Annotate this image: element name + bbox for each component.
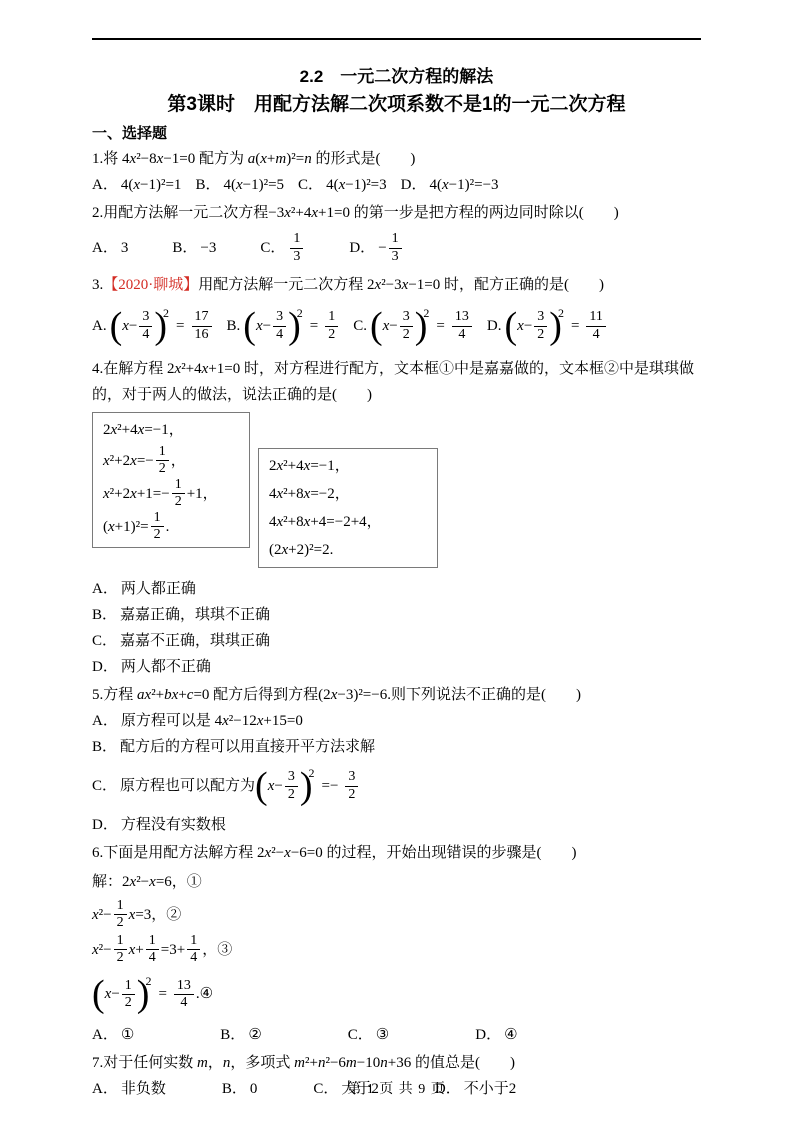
fraction-numerator: 1 — [290, 231, 303, 248]
option-label: B． — [172, 235, 197, 261]
option-label: C． — [92, 773, 117, 799]
fraction-denominator: 4 — [586, 327, 605, 343]
fraction-numerator: 1 — [114, 898, 127, 915]
fraction-denominator: 4 — [187, 950, 200, 966]
fraction: 114 — [586, 309, 605, 342]
option-text: 4(x−1)²=1 — [121, 172, 182, 198]
fraction: 134 — [174, 978, 194, 1011]
option-text: −3 — [200, 235, 216, 261]
fraction-numerator: 13 — [452, 309, 472, 326]
q4-option-a: A．两人都正确 — [92, 576, 701, 602]
fraction: 12 — [151, 510, 164, 543]
textbox-2-qiqi: 2x²+4x=−1， 4x²+8x=−2， 4x²+8x+4=−2+4， (2x… — [258, 448, 438, 568]
option-text: ② — [248, 1022, 261, 1048]
option-label: C. — [353, 313, 367, 339]
option-label: C． — [260, 235, 285, 261]
fraction: 12 — [122, 978, 135, 1011]
q1-options: A．4(x−1)²=1 B．4(x−1)²=5 C．4(x−1)²=3 D．4(… — [92, 172, 701, 198]
q3-option-d: D. (x−32)2 = 114 — [487, 306, 608, 346]
option-text: 原方程可以是 4x²−12x+15=0 — [121, 708, 303, 734]
fraction-numerator: 3 — [400, 309, 413, 326]
box1-line: (x+1)²=12. — [103, 510, 239, 543]
fraction-denominator: 4 — [452, 327, 472, 343]
option-text: 4(x−1)²=3 — [326, 172, 387, 198]
option-label: C． — [298, 172, 323, 198]
formula-text: +1， — [187, 480, 218, 508]
box2-line: (2x+2)²=2. — [269, 536, 427, 564]
minus-sign: − — [378, 235, 386, 261]
fraction-numerator: 3 — [273, 309, 286, 326]
left-paren: ( — [110, 306, 123, 346]
q5-option-b: B．配方后的方程可以用直接开平方法求解 — [92, 734, 701, 760]
option-label: D. — [487, 313, 502, 339]
binomial-text: x− — [122, 313, 137, 339]
fraction: 14 — [146, 933, 159, 966]
fraction: 12 — [156, 444, 169, 477]
fraction: 32 — [400, 309, 413, 342]
fraction: 1716 — [192, 309, 212, 342]
page-content: 2.2 一元二次方程的解法 第3课时 用配方法解二次项系数不是1的一元二次方程 … — [0, 0, 793, 1102]
exponent: 2 — [558, 306, 564, 320]
fraction-denominator: 2 — [151, 527, 164, 543]
fraction: 12 — [172, 477, 185, 510]
q4-work-boxes: 2x²+4x=−1， x²+2x=−12， x²+2x+1=−12+1， (x+… — [92, 412, 701, 568]
q6-options: A．① B．② C．③ D．④ — [92, 1022, 701, 1048]
q6-option-a: A．① — [92, 1022, 134, 1048]
exponent: 2 — [145, 974, 151, 988]
option-label: A． — [92, 172, 118, 198]
option-label: D． — [92, 654, 118, 680]
box2-line: 2x²+4x=−1， — [269, 452, 427, 480]
fraction-denominator: 2 — [122, 995, 135, 1011]
fraction-denominator: 3 — [290, 249, 303, 265]
q3-options: A. (x−34)2 = 1716 B. (x−34)2 = 12 C. (x−… — [92, 298, 701, 354]
box1-line: x²+2x+1=−12+1， — [103, 477, 239, 510]
option-label: B． — [92, 734, 117, 760]
fraction-denominator: 2 — [114, 915, 127, 931]
q7-stem: 7.对于任何实数 m，n，多项式 m²+n²−6m−10n+36 的值总是( ) — [92, 1050, 701, 1076]
exponent: 2 — [163, 306, 169, 320]
option-label: D． — [475, 1022, 501, 1048]
fraction: 14 — [187, 933, 200, 966]
squared-binomial: (x−32)2 — [370, 306, 431, 346]
left-paren: ( — [504, 306, 517, 346]
q6-option-d: D．④ — [475, 1022, 517, 1048]
left-paren: ( — [255, 766, 268, 806]
equals-sign: = — [436, 313, 444, 339]
squared-binomial: (x−32)2 — [504, 306, 565, 346]
option-label: A． — [92, 576, 118, 602]
left-paren: ( — [370, 306, 383, 346]
fraction: 12 — [114, 898, 127, 931]
option-label: B． — [195, 172, 220, 198]
lesson-title: 第3课时 用配方法解二次项系数不是1的一元二次方程 — [92, 92, 701, 117]
fraction-numerator: 1 — [325, 309, 338, 326]
fraction: 32 — [285, 769, 298, 802]
q6-option-b: B．② — [220, 1022, 261, 1048]
option-text: ④ — [504, 1022, 517, 1048]
q4-stem: 4.在解方程 2x²+4x+1=0 时，对方程进行配方，文本框①中是嘉嘉做的，文… — [92, 356, 701, 408]
fraction-numerator: 1 — [146, 933, 159, 950]
fraction: 13 — [389, 231, 402, 264]
fraction-numerator: 1 — [172, 477, 185, 494]
fraction-numerator: 1 — [114, 933, 127, 950]
formula-text: (x+1)²= — [103, 513, 149, 541]
q6-stem: 6.下面是用配方法解方程 2x²−x−6=0 的过程，开始出现错误的步骤是( ) — [92, 840, 701, 866]
fraction-denominator: 2 — [156, 461, 169, 477]
option-text: 3 — [121, 235, 129, 261]
equals-minus-sign: =− — [321, 773, 338, 799]
squared-binomial: (x−32)2 — [255, 766, 316, 806]
q1-option-d: D．4(x−1)²=−3 — [401, 172, 499, 198]
formula-text: x²+2x+1=− — [103, 480, 170, 508]
fraction-denominator: 2 — [534, 327, 547, 343]
fraction-denominator: 2 — [345, 787, 358, 803]
fraction: 34 — [139, 309, 152, 342]
fraction-denominator: 2 — [325, 327, 338, 343]
option-text: 嘉嘉正确，琪琪不正确 — [120, 602, 270, 628]
section-heading: 一、选择题 — [92, 124, 701, 144]
option-label: A． — [92, 235, 118, 261]
q3-stem-text: 用配方法解一元二次方程 2x²−3x−1=0 时，配方正确的是( ) — [198, 277, 604, 293]
fraction-numerator: 3 — [139, 309, 152, 326]
box1-line: x²+2x=−12， — [103, 444, 239, 477]
fraction-numerator: 1 — [389, 231, 402, 248]
fraction-numerator: 3 — [345, 769, 358, 786]
fraction: 34 — [273, 309, 286, 342]
binomial-text: x− — [256, 313, 271, 339]
option-label: A. — [92, 313, 107, 339]
binomial-text: x− — [383, 313, 398, 339]
squared-binomial: (x−34)2 — [110, 306, 171, 346]
formula-text: . — [166, 513, 170, 541]
q2-option-b: B．−3 — [172, 235, 216, 261]
formula-text: x+ — [129, 936, 144, 964]
exponent: 2 — [297, 306, 303, 320]
q5-stem: 5.方程 ax²+bx+c=0 配方后得到方程(2x−3)²=−6.则下列说法不… — [92, 682, 701, 708]
q6-step-4: (x−12)2 = 134 .④ — [92, 968, 701, 1020]
q6-step-2: x²−12x=3，② — [92, 898, 701, 931]
formula-text: ，③ — [202, 936, 232, 964]
fraction-numerator: 1 — [187, 933, 200, 950]
fraction: 13 — [290, 231, 303, 264]
equals-sign: = — [571, 313, 579, 339]
fraction-numerator: 3 — [285, 769, 298, 786]
left-paren: ( — [92, 974, 105, 1014]
box2-line: 4x²+8x+4=−2+4， — [269, 508, 427, 536]
fraction-numerator: 11 — [586, 309, 605, 326]
option-label: D． — [349, 235, 375, 261]
q3-option-b: B. (x−34)2 = 12 — [227, 306, 341, 346]
option-label: D． — [401, 172, 427, 198]
binomial-text: x− — [105, 980, 120, 1008]
squared-binomial: (x−34)2 — [243, 306, 304, 346]
formula-text: .④ — [196, 980, 213, 1008]
q3-option-c: C. (x−32)2 = 134 — [353, 306, 474, 346]
equals-sign: = — [158, 980, 166, 1008]
q4-option-d: D．两人都不正确 — [92, 654, 701, 680]
q1-option-a: A．4(x−1)²=1 — [92, 172, 181, 198]
fraction: 134 — [452, 309, 472, 342]
fraction-numerator: 1 — [156, 444, 169, 461]
q2-stem: 2.用配方法解一元二次方程−3x²+4x+1=0 的第一步是把方程的两边同时除以… — [92, 200, 701, 226]
fraction-numerator: 1 — [151, 510, 164, 527]
equals-sign: = — [310, 313, 318, 339]
box1-line: 2x²+4x=−1， — [103, 416, 239, 444]
fraction-denominator: 2 — [400, 327, 413, 343]
binomial-text: x− — [517, 313, 532, 339]
fraction: 12 — [114, 933, 127, 966]
fraction-numerator: 13 — [174, 978, 194, 995]
q1-option-c: C．4(x−1)²=3 — [298, 172, 387, 198]
option-text: 两人都正确 — [121, 576, 196, 602]
option-text: 两人都不正确 — [121, 654, 211, 680]
fraction-denominator: 16 — [192, 327, 212, 343]
option-text: ③ — [376, 1022, 389, 1048]
fraction-denominator: 4 — [273, 327, 286, 343]
fraction-denominator: 4 — [139, 327, 152, 343]
formula-text: =3+ — [161, 936, 185, 964]
q6-option-c: C．③ — [348, 1022, 389, 1048]
formula-text: x²− — [92, 901, 112, 929]
option-text: 4(x−1)²=−3 — [430, 172, 499, 198]
header-rule — [92, 38, 701, 40]
formula-text: x=3，② — [129, 901, 182, 929]
q5-option-a: A．原方程可以是 4x²−12x+15=0 — [92, 708, 701, 734]
option-label: B． — [92, 602, 117, 628]
q2-option-d: D．−13 — [349, 231, 403, 264]
fraction-numerator: 1 — [122, 978, 135, 995]
fraction: 12 — [325, 309, 338, 342]
option-text: 方程没有实数根 — [121, 812, 226, 838]
option-label: C． — [92, 628, 117, 654]
fraction-denominator: 3 — [389, 249, 402, 265]
q6-step-1: 解：2x²−x=6，① — [92, 868, 701, 896]
fraction-denominator: 2 — [114, 950, 127, 966]
q2-option-c: C．13 — [260, 231, 305, 264]
fraction-denominator: 2 — [172, 494, 185, 510]
fraction-numerator: 3 — [534, 309, 547, 326]
q4-option-c: C．嘉嘉不正确，琪琪正确 — [92, 628, 701, 654]
q1-stem: 1.将 4x²−8x−1=0 配方为 a(x+m)²=n 的形式是( ) — [92, 146, 701, 172]
exponent: 2 — [423, 306, 429, 320]
option-text: 4(x−1)²=5 — [223, 172, 284, 198]
option-label: C． — [348, 1022, 373, 1048]
option-label: A． — [92, 1022, 118, 1048]
q1-option-b: B．4(x−1)²=5 — [195, 172, 284, 198]
formula-text: ， — [171, 447, 186, 475]
option-label: B． — [220, 1022, 245, 1048]
binomial-text: x− — [268, 773, 283, 799]
box2-line: 4x²+8x=−2， — [269, 480, 427, 508]
q3-stem: 3.【2020·聊城】用配方法解一元二次方程 2x²−3x−1=0 时，配方正确… — [92, 272, 701, 298]
q3-source-tag: 【2020·聊城】 — [103, 277, 198, 293]
q5-option-d: D．方程没有实数根 — [92, 812, 701, 838]
q5-option-c: C． 原方程也可以配方为 (x−32)2 =− 32 — [92, 760, 701, 812]
equals-sign: = — [176, 313, 184, 339]
option-text: 配方后的方程可以用直接开平方法求解 — [120, 734, 375, 760]
q4-option-b: B．嘉嘉正确，琪琪不正确 — [92, 602, 701, 628]
option-text: 原方程也可以配方为 — [120, 773, 255, 799]
fraction-denominator: 2 — [285, 787, 298, 803]
textbox-1-jiajia: 2x²+4x=−1， x²+2x=−12， x²+2x+1=−12+1， (x+… — [92, 412, 250, 548]
chapter-title: 2.2 一元二次方程的解法 — [92, 66, 701, 88]
q2-options: A．3 B．−3 C．13 D．−13 — [92, 226, 701, 270]
option-label: A． — [92, 708, 118, 734]
fraction-denominator: 4 — [174, 995, 194, 1011]
fraction-numerator: 17 — [192, 309, 212, 326]
q3-option-a: A. (x−34)2 = 1716 — [92, 306, 214, 346]
fraction: 32 — [345, 769, 358, 802]
q6-step-3: x²−12x+14=3+14，③ — [92, 933, 701, 966]
exponent: 2 — [308, 766, 314, 780]
fraction: 32 — [534, 309, 547, 342]
q2-option-a: A．3 — [92, 235, 128, 261]
option-label: D． — [92, 812, 118, 838]
option-text: 嘉嘉不正确，琪琪正确 — [120, 628, 270, 654]
worksheet-page: 2.2 一元二次方程的解法 第3课时 用配方法解二次项系数不是1的一元二次方程 … — [0, 0, 793, 1122]
option-label: B. — [227, 313, 241, 339]
formula-text: x²+2x=− — [103, 447, 154, 475]
option-text: ① — [121, 1022, 134, 1048]
formula-text: x²− — [92, 936, 112, 964]
q3-number: 3. — [92, 277, 103, 293]
fraction-denominator: 4 — [146, 950, 159, 966]
left-paren: ( — [243, 306, 256, 346]
page-footer: 第 1 页 共 9 页 — [0, 1078, 793, 1098]
squared-binomial: (x−12)2 — [92, 974, 153, 1014]
